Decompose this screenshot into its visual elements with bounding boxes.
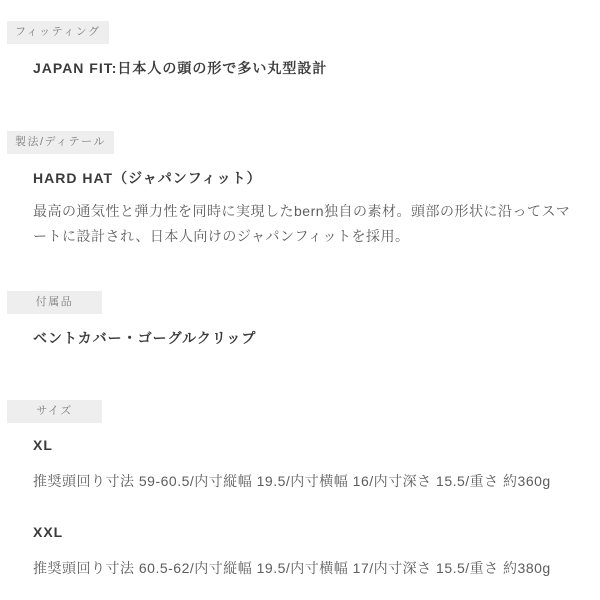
section-accessories: 付属品 ベントカバー・ゴーグルクリップ	[7, 291, 575, 347]
size-section-badge: サイズ	[7, 400, 102, 423]
fitting-heading: JAPAN FIT:日本人の頭の形で多い丸型設計	[33, 60, 575, 77]
construction-detail-description: 最高の通気性と弾力性を同時に実現したbern独自の素材。頭部の形状に沿ってスマー…	[33, 199, 575, 249]
section-construction-detail: 製法/ディテール HARD HAT（ジャパンフィット） 最高の通気性と弾力性を同…	[7, 131, 575, 249]
product-description-page: フィッティング JAPAN FIT:日本人の頭の形で多い丸型設計 製法/ディテー…	[0, 0, 600, 600]
size-spec-xl: 推奨頭回り寸法 59-60.5/内寸縦幅 19.5/内寸横幅 16/内寸深さ 1…	[33, 472, 575, 490]
accessories-section-badge: 付属品	[7, 291, 102, 314]
product-name-heading: HARD HAT（ジャパンフィット）	[33, 170, 575, 187]
size-label-xl: XL	[33, 437, 575, 454]
fitting-section-badge: フィッティング	[7, 21, 109, 44]
construction-detail-section-badge: 製法/ディテール	[7, 131, 114, 154]
size-spec-xxl: 推奨頭回り寸法 60.5-62/内寸縦幅 19.5/内寸横幅 17/内寸深さ 1…	[33, 559, 575, 577]
size-label-xxl: XXL	[33, 524, 575, 541]
section-size: サイズ XL 推奨頭回り寸法 59-60.5/内寸縦幅 19.5/内寸横幅 16…	[7, 400, 575, 577]
accessories-heading: ベントカバー・ゴーグルクリップ	[33, 330, 575, 347]
section-fitting: フィッティング JAPAN FIT:日本人の頭の形で多い丸型設計	[7, 21, 575, 77]
